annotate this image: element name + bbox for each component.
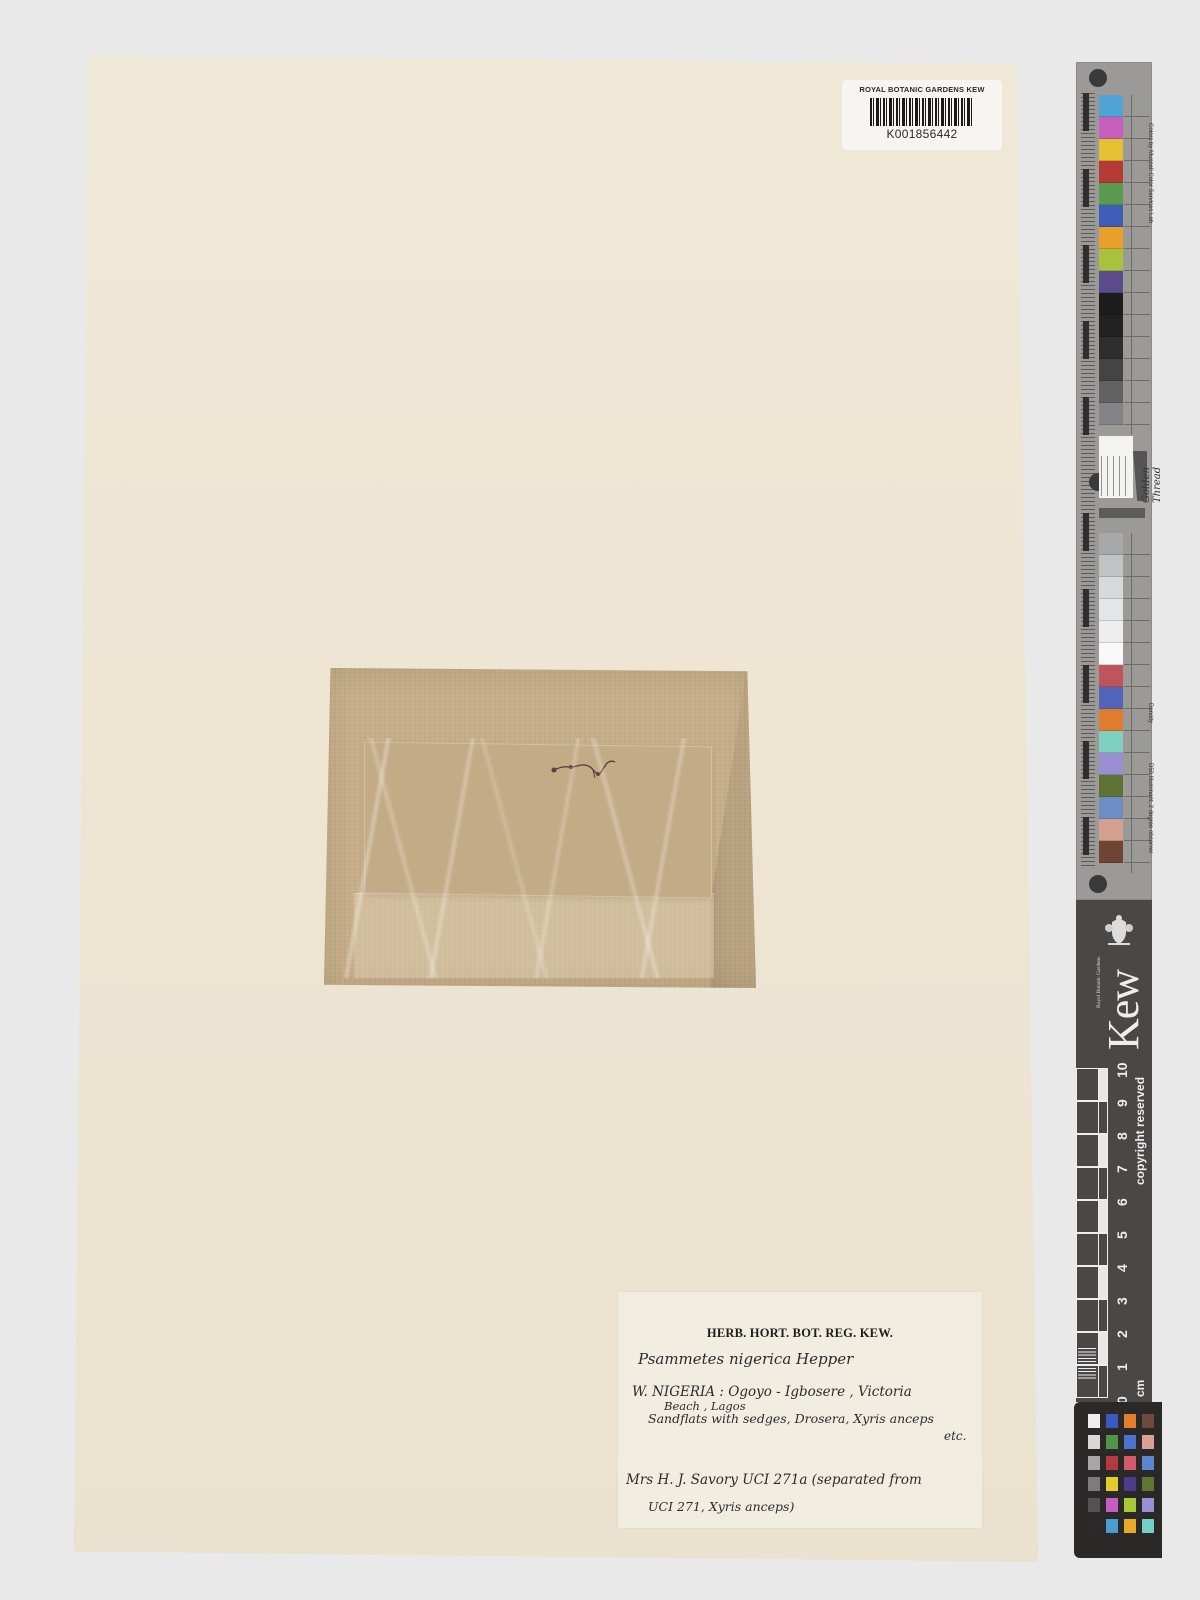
cm-cell (1076, 1134, 1098, 1167)
cm-number: 10 (1114, 1062, 1130, 1078)
cellophane-wrap (342, 738, 722, 978)
locality-line-1: W. NIGERIA : Ogoyo - Igbosere , Victoria (632, 1384, 912, 1400)
cm-number: 5 (1114, 1231, 1130, 1239)
checker-patch (1106, 1414, 1118, 1428)
checker-patch (1088, 1498, 1100, 1512)
checker-patch (1106, 1519, 1118, 1533)
cm-half-cell (1098, 1233, 1108, 1266)
color-patch (1099, 687, 1123, 709)
color-patch (1099, 293, 1123, 315)
color-checker (1074, 1402, 1162, 1558)
kew-scale-bar: Royal Botanic Gardens Kew copyright rese… (1076, 900, 1152, 1402)
cm-number: 3 (1114, 1297, 1130, 1305)
bottom-color-patches (1099, 533, 1123, 863)
checker-patch (1142, 1456, 1154, 1470)
cm-number: 9 (1114, 1099, 1130, 1107)
color-patch (1099, 161, 1123, 183)
checker-patch (1106, 1477, 1118, 1491)
barcode-label: ROYAL BOTANIC GARDENS KEW K001856442 (842, 80, 1002, 150)
cm-number: 6 (1114, 1198, 1130, 1206)
checker-patch (1124, 1519, 1136, 1533)
checker-patch (1088, 1456, 1100, 1470)
kew-wordmark: Kew (1102, 970, 1146, 1050)
barcode-institution: ROYAL BOTANIC GARDENS KEW (842, 85, 1002, 94)
cm-cell (1076, 1233, 1098, 1266)
checker-patch (1142, 1477, 1154, 1491)
color-patch (1099, 359, 1123, 381)
cm-cell (1076, 1200, 1098, 1233)
collector-line-1: Mrs H. J. Savory UCI 271a (separated fro… (626, 1472, 922, 1488)
checker-patch (1106, 1456, 1118, 1470)
color-patch (1099, 271, 1123, 293)
top-color-patches (1099, 95, 1123, 425)
cm-cell (1076, 1068, 1098, 1101)
checker-patch (1142, 1414, 1154, 1428)
munsell-credit-text: Colors by Munsell Color Services Lab (1147, 123, 1153, 223)
color-patch (1099, 599, 1123, 621)
cm-half-cell (1098, 1101, 1108, 1134)
taxon-name: Psammetes nigerica Hepper (638, 1350, 853, 1368)
habitat-text: Sandflats with sedges, Drosera, Xyris an… (648, 1411, 934, 1426)
strip-hole-bottom (1089, 875, 1107, 893)
cm-half-cell (1098, 1167, 1108, 1200)
color-patch (1099, 643, 1123, 665)
color-patch (1099, 665, 1123, 687)
color-patch (1099, 621, 1123, 643)
mm-ticks (1078, 1348, 1096, 1381)
color-patch (1099, 139, 1123, 161)
collector-line-2: UCI 271, Xyris anceps) (648, 1499, 794, 1514)
checker-patch (1088, 1477, 1100, 1491)
cm-half-cell (1098, 1200, 1108, 1233)
color-patch (1099, 337, 1123, 359)
checker-patch (1142, 1519, 1154, 1533)
color-patch (1099, 555, 1123, 577)
cm-half-cell (1098, 1365, 1108, 1398)
color-patch (1099, 753, 1123, 775)
color-patch (1099, 797, 1123, 819)
golden-thread-text: Golden Thread (1141, 467, 1163, 503)
color-patch (1099, 117, 1123, 139)
color-patch (1099, 819, 1123, 841)
color-patch (1099, 533, 1123, 555)
herbarium-header: HERB. HORT. BOT. REG. KEW. (618, 1326, 982, 1341)
color-patch (1099, 381, 1123, 403)
color-patch (1099, 249, 1123, 271)
color-target-strip: Golden Thread Colors by Munsell Color Se… (1076, 62, 1152, 900)
barcode-id: K001856442 (842, 127, 1002, 141)
density-text: Density (1147, 703, 1153, 723)
strip-ruler-blocks (1083, 93, 1089, 869)
illuminant-text: D50 Illuminant, 2 degree observer (1147, 763, 1153, 853)
color-patch (1099, 731, 1123, 753)
cm-cell (1076, 1266, 1098, 1299)
specimen-envelope (324, 668, 756, 988)
checker-patch (1124, 1498, 1136, 1512)
barcode-icon (870, 98, 974, 126)
color-patch (1099, 709, 1123, 731)
strip-hole-top (1089, 69, 1107, 87)
cm-half-cell (1098, 1332, 1108, 1365)
cm-number: 8 (1114, 1132, 1130, 1140)
cm-half-cell (1098, 1068, 1108, 1101)
checker-patch (1106, 1435, 1118, 1449)
checker-patch (1088, 1435, 1100, 1449)
checker-patch (1124, 1456, 1136, 1470)
cm-number: 1 (1114, 1363, 1130, 1371)
color-checker-grid (1088, 1414, 1154, 1533)
color-patch (1099, 183, 1123, 205)
habitat-continuation: etc. (944, 1429, 966, 1443)
checker-patch (1106, 1498, 1118, 1512)
checker-patch (1088, 1519, 1100, 1533)
color-patch (1099, 205, 1123, 227)
checker-patch (1142, 1435, 1154, 1449)
checker-patch (1124, 1414, 1136, 1428)
checker-patch (1124, 1477, 1136, 1491)
color-patch (1099, 841, 1123, 863)
color-patch (1099, 403, 1123, 425)
cm-half-cell (1098, 1299, 1108, 1332)
color-patch (1099, 227, 1123, 249)
cm-number: 4 (1114, 1264, 1130, 1272)
color-patch (1099, 95, 1123, 117)
kew-crest-icon (1104, 914, 1134, 948)
cm-cell (1076, 1299, 1098, 1332)
color-patch (1099, 315, 1123, 337)
cm-unit-label: cm (1133, 1380, 1147, 1397)
checker-patch (1142, 1498, 1154, 1512)
determination-label: HERB. HORT. BOT. REG. KEW. Psammetes nig… (618, 1292, 982, 1528)
checker-patch (1088, 1414, 1100, 1428)
color-patch (1099, 577, 1123, 599)
cm-cell (1076, 1167, 1098, 1200)
copyright-text: copyright reserved (1133, 1077, 1147, 1185)
cm-number: 7 (1114, 1165, 1130, 1173)
cm-cell (1076, 1101, 1098, 1134)
checker-patch (1124, 1435, 1136, 1449)
cm-number: 2 (1114, 1330, 1130, 1338)
cm-half-cell (1098, 1266, 1108, 1299)
color-patch (1099, 775, 1123, 797)
cm-half-cell (1098, 1134, 1108, 1167)
